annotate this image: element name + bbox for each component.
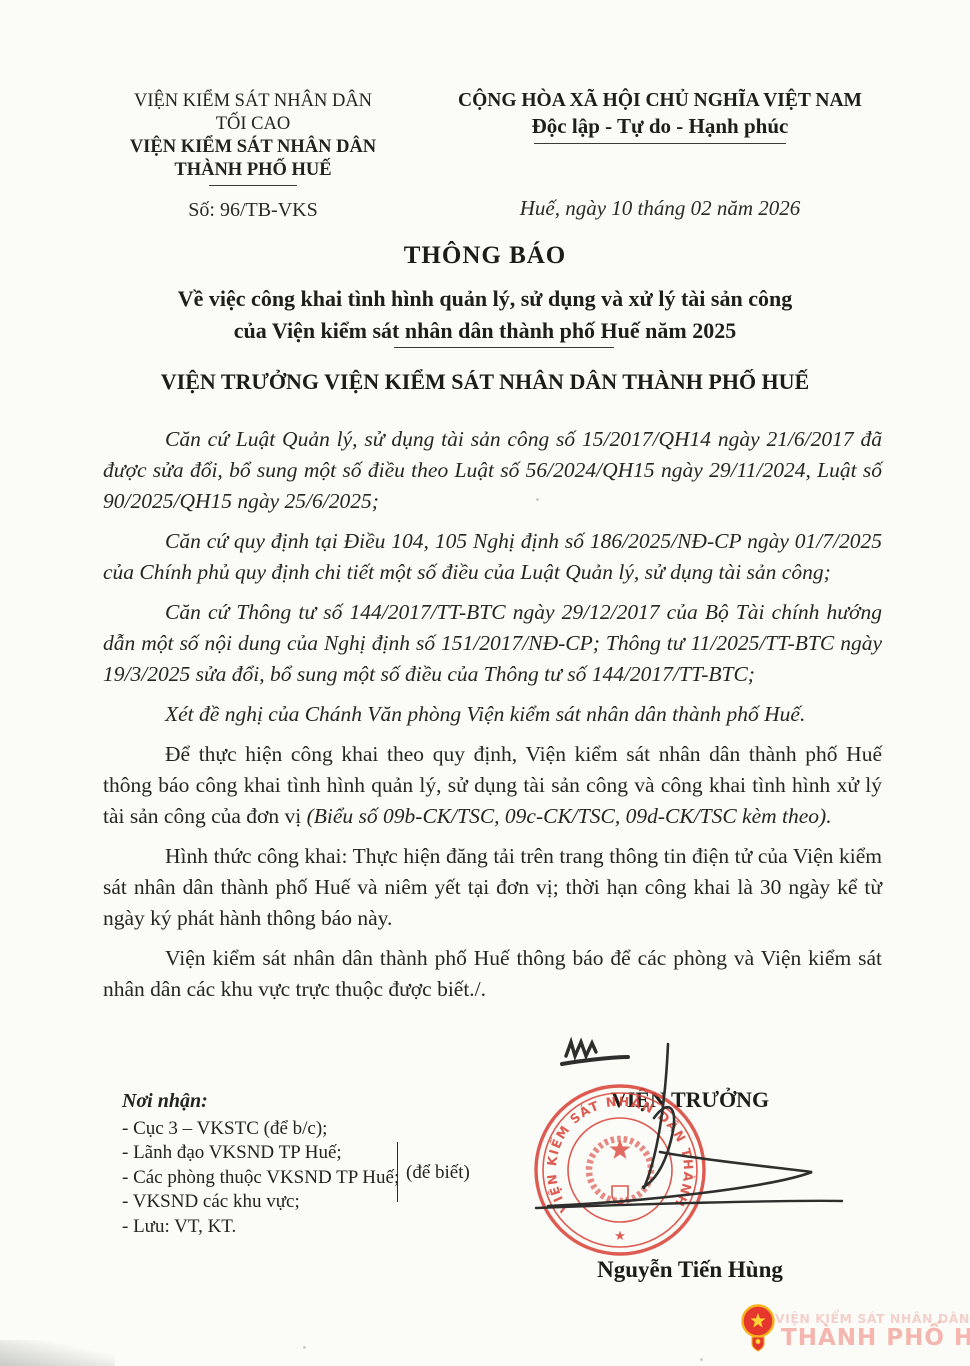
recipient-item: - Lưu: VT, KT. — [122, 1215, 422, 1240]
scan-speck — [303, 1346, 306, 1349]
watermark-line1: VIỆN KIỂM SÁT NHÂN DÂN — [775, 1311, 965, 1326]
recipient-item: - Cục 3 – VKSTC (để b/c); — [122, 1117, 422, 1142]
emblem-crest — [752, 1337, 764, 1351]
signer-name: Nguyễn Tiến Hùng — [560, 1257, 820, 1283]
paragraph: Để thực hiện công khai theo quy định, Vi… — [103, 739, 882, 832]
handwritten-signature — [520, 1030, 960, 1230]
procuracy-emblem-logo — [738, 1304, 780, 1356]
paragraph-segment: Căn cứ Luật Quản lý, sử dụng tài sản côn… — [103, 427, 882, 513]
paragraph-segment: (Biểu số 09b-CK/TSC, 09c-CK/TSC, 09d-CK/… — [307, 804, 832, 828]
issuer-heading: VIỆN TRƯỞNG VIỆN KIỂM SÁT NHÂN DÂN THÀNH… — [0, 369, 970, 395]
recipients-list: - Cục 3 – VKSTC (để b/c);- Lãnh đạo VKSN… — [122, 1117, 422, 1240]
recipient-item: - Lãnh đạo VKSND TP Huế; — [122, 1141, 422, 1166]
recipients-block: Nơi nhận: - Cục 3 – VKSTC (để b/c);- Lãn… — [122, 1089, 422, 1239]
issuing-agency-block: VIỆN KIỂM SÁT NHÂN DÂN TỐI CAO VIỆN KIỂM… — [108, 90, 398, 186]
initials-underline — [562, 1057, 628, 1064]
paragraph-segment: Hình thức công khai: Thực hiện đăng tải … — [103, 844, 882, 930]
paragraph: Căn cứ Luật Quản lý, sử dụng tài sản côn… — [103, 424, 882, 517]
document-body: Căn cứ Luật Quản lý, sử dụng tài sản côn… — [103, 424, 882, 1014]
recipients-group-bracket — [397, 1142, 398, 1202]
recipients-label: Nơi nhận: — [122, 1089, 422, 1114]
subject-line1: Về việc công khai tình hình quản lý, sử … — [95, 283, 875, 315]
scan-edge-shadow — [0, 1340, 115, 1366]
agency-underline — [209, 185, 297, 186]
parent-agency-line2: TỐI CAO — [108, 113, 398, 136]
recipients-group-note: (để biết) — [406, 1162, 470, 1184]
parent-agency-line1: VIỆN KIỂM SÁT NHÂN DÂN — [108, 90, 398, 113]
paragraph: Căn cứ Thông tư số 144/2017/TT-BTC ngày … — [103, 597, 882, 690]
recipient-item: - Các phòng thuộc VKSND TP Huế; — [122, 1166, 422, 1191]
place-dateline: Huế, ngày 10 tháng 02 năm 2026 — [450, 196, 870, 221]
agency-name-line1: VIỆN KIỂM SÁT NHÂN DÂN — [108, 136, 398, 159]
motto-underline — [534, 143, 786, 144]
agency-name-line2: THÀNH PHỐ HUẾ — [108, 159, 398, 182]
paragraph-segment: Căn cứ Thông tư số 144/2017/TT-BTC ngày … — [103, 600, 882, 686]
document-type-title: THÔNG BÁO — [0, 242, 970, 270]
stamp-bottom-star: ★ — [614, 1228, 626, 1243]
paragraph-segment: Căn cứ quy định tại Điều 104, 105 Nghị đ… — [103, 529, 882, 584]
subject-line2: của Viện kiểm sát nhân dân thành phố Huế… — [95, 315, 875, 347]
scan-speck — [700, 1358, 703, 1361]
paragraph-segment: Viện kiểm sát nhân dân thành phố Huế thô… — [103, 946, 882, 1001]
paragraph: Hình thức công khai: Thực hiện đăng tải … — [103, 841, 882, 934]
paragraph: Viện kiểm sát nhân dân thành phố Huế thô… — [103, 943, 882, 1005]
country-name: CỘNG HÒA XÃ HỘI CHỦ NGHĨA VIỆT NAM — [450, 89, 870, 113]
document-number: Số: 96/TB-VKS — [108, 199, 398, 222]
paragraph: Căn cứ quy định tại Điều 104, 105 Nghị đ… — [103, 526, 882, 588]
recipient-item: - VKSND các khu vực; — [122, 1190, 422, 1215]
subject-underline — [394, 347, 614, 348]
national-motto-block: CỘNG HÒA XÃ HỘI CHỦ NGHĨA VIỆT NAM Độc l… — [450, 89, 870, 144]
scan-speck — [828, 642, 831, 645]
paragraph-segment: Xét đề nghị của Chánh Văn phòng Viện kiể… — [165, 702, 805, 726]
paragraph: Xét đề nghị của Chánh Văn phòng Viện kiể… — [103, 699, 882, 730]
scan-speck — [536, 498, 539, 501]
scanned-document-page: { "header": { "left": { "line1": "VIỆN K… — [0, 0, 970, 1366]
initials-mark — [566, 1042, 596, 1056]
document-subject: Về việc công khai tình hình quản lý, sử … — [95, 283, 875, 347]
national-motto: Độc lập - Tự do - Hạnh phúc — [450, 113, 870, 140]
watermark-line2: THÀNH PHỐ HUẾ — [781, 1325, 970, 1351]
